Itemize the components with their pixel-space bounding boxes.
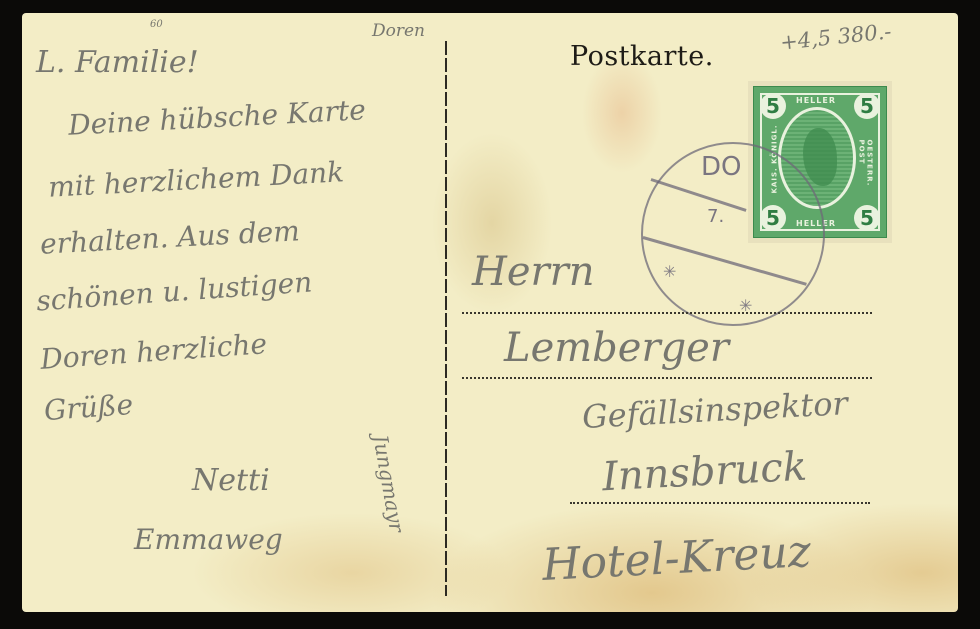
message-line: erhalten. Aus dem — [39, 214, 300, 261]
address-city: Innsbruck — [601, 444, 808, 501]
signature: Netti — [192, 463, 270, 498]
address-salutation: Herrn — [472, 249, 595, 295]
stamp-value: 5 — [760, 93, 786, 119]
margin-note: Jungmayr — [368, 433, 409, 534]
postmark: DO 7. ✳ ✳ — [641, 142, 825, 326]
address-name: Lemberger — [504, 325, 729, 371]
price-note: +4,5 380.- — [779, 19, 892, 55]
address-line-1 — [462, 312, 872, 314]
stamp-heller-top: HELLER — [796, 96, 836, 105]
corner-note: 60 — [150, 19, 163, 30]
message-line: mit herzlichem Dank — [47, 155, 345, 203]
message-line: schönen u. lustigen — [35, 265, 313, 317]
postmark-date: 7. — [707, 206, 724, 227]
message-line: Grüße — [43, 388, 134, 427]
postmark-town: DO — [701, 152, 742, 182]
message-line: Doren herzliche — [39, 327, 268, 376]
message-line: L. Familie! — [36, 45, 199, 80]
message-line: Deine hübsche Karte — [67, 93, 366, 142]
center-divider — [445, 41, 447, 596]
place-note: Doren — [372, 21, 425, 41]
address-line-2 — [462, 377, 872, 379]
address-line-3 — [570, 502, 870, 504]
stamp-value: 5 — [854, 93, 880, 119]
postcard-back: Postkarte. +4,5 380.- Doren 60 L. Famili… — [22, 13, 958, 612]
address-hotel: Hotel-Kreuz — [541, 526, 812, 591]
address-title: Gefällsinspektor — [581, 384, 848, 436]
postkarte-heading: Postkarte. — [570, 41, 714, 72]
stamp-right-text: OESTERR. POST — [857, 140, 873, 187]
stamp-value: 5 — [854, 205, 880, 231]
message-line: Emmaweg — [134, 523, 283, 556]
